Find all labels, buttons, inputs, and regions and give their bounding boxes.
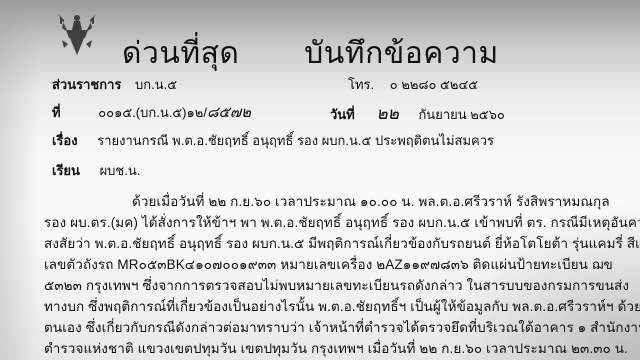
- department-field: ส่วนราชการ บก.น.๕: [52, 74, 177, 95]
- date-month-year: กันยายน ๒๕๖๐: [418, 107, 504, 122]
- body-line: ทางบก ซึ่งพฤติการณ์ที่เกี่ยวข้องเป็นอย่า…: [44, 295, 640, 317]
- recipient-value: ผบช.น.: [100, 163, 141, 178]
- body-line: ตำรวจแห่งชาติ แขวงเขตปทุมวัน เขตปทุมวัน …: [44, 337, 628, 359]
- date-label: วันที่: [330, 107, 355, 122]
- recipient-label: เรียน: [52, 163, 80, 178]
- body-line: รอง ผบ.ตร.(มค) ได้สั่งการให้ข้าฯ พา พ.ต.…: [44, 211, 640, 233]
- phone-value: ๐ ๒๒๘๐ ๕๒๔๕: [390, 77, 478, 92]
- date-day-handwritten: ๒๒: [376, 104, 398, 124]
- urgency-label: ด่วนที่สุด: [122, 30, 239, 77]
- phone-label: โทร.: [348, 77, 374, 92]
- body-line: ด้วยเมื่อวันที่ ๒๒ ก.ย.๖๐ เวลาประมาณ ๑๐.…: [132, 190, 610, 212]
- body-line: ตนเอง ซึ่งเกี่ยวกับกรณีดังกล่าวต่อมาทราบ…: [44, 316, 640, 338]
- reference-handwritten: ๘๕๗๒: [207, 103, 251, 121]
- body-line: เลขตัวถังรถ MR๐๕๓BK๔๑๐๗๐๐๑๙๓๓ หมายเลขเคร…: [44, 253, 613, 275]
- subject-label: เรื่อง: [52, 133, 78, 148]
- phone-field: โทร. ๐ ๒๒๘๐ ๕๒๔๕: [348, 74, 478, 95]
- body-line: ๕๓๒๓ กรุงเทพฯ ซึ่งจากการตรวจสอบไม่พบหมาย…: [44, 274, 629, 296]
- department-label: ส่วนราชการ: [52, 77, 121, 92]
- page-title: บันทึกข้อความ: [304, 30, 499, 77]
- subject-value: รายงานกรณี พ.ต.อ.ชัยฤทธิ์ อนุฤทธิ์ รอง ผ…: [97, 133, 494, 148]
- department-value: บก.น.๕: [135, 77, 177, 92]
- body-line: สงสัยว่า พ.ต.อ.ชัยฤทธิ์ อนุฤทธิ์ รอง ผบก…: [44, 232, 640, 254]
- memo-title-row: ด่วนที่สุด บันทึกข้อความ: [122, 30, 499, 77]
- reference-printed: ๐๐๑๕.(บก.น.๕)๑๒/: [98, 105, 207, 120]
- recipient-field: เรียน ผบช.น.: [52, 160, 140, 181]
- garuda-emblem-icon: [52, 10, 102, 56]
- reference-field: ที่ ๐๐๑๕.(บก.น.๕)๑๒/๘๕๗๒: [52, 100, 251, 124]
- date-field: วันที่ ๒๒ กันยายน ๒๕๖๐: [330, 100, 505, 127]
- scan-shadow-left: [0, 0, 40, 360]
- subject-field: เรื่อง รายงานกรณี พ.ต.อ.ชัยฤทธิ์ อนุฤทธิ…: [52, 130, 494, 151]
- reference-label: ที่: [52, 105, 61, 120]
